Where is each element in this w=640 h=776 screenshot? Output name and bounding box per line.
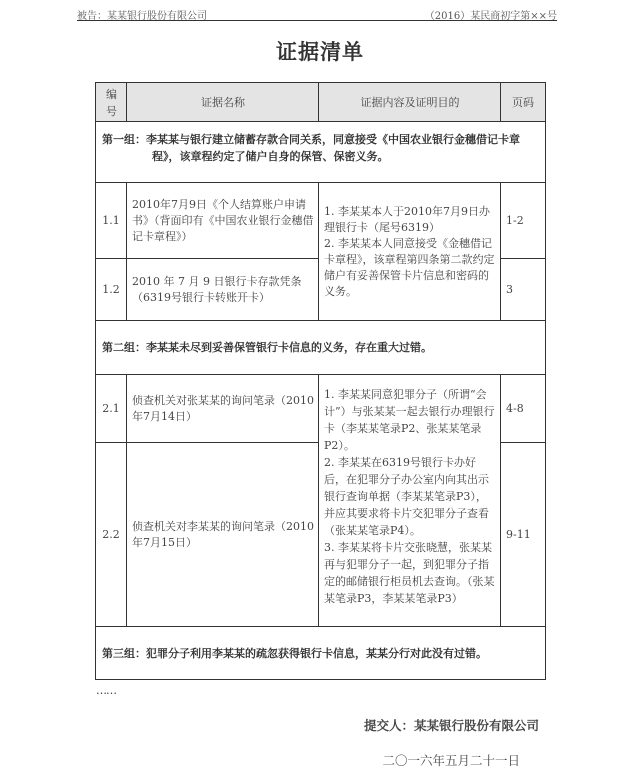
column-header-pages: 页码	[501, 83, 545, 122]
row-1-1-name: 2010年7月9日《个人结算账户申请书》（背面印有《中国农业银行金穗借记卡章程》…	[132, 183, 314, 258]
row-2-1-pages: 4-8	[506, 375, 542, 442]
group-2-label: 第二组：李某某未尽到妥善保管银行卡信息的义务，存在重大过错。	[102, 339, 542, 356]
column-header-number: 编号	[96, 83, 127, 122]
submitter: 提交人：某某银行股份有限公司	[364, 716, 539, 734]
group-3-label: 第三组：犯罪分子利用李某某的疏忽获得银行卡信息，某某分行对此没有过错。	[102, 645, 542, 662]
row-1-1-id: 1.1	[96, 183, 126, 258]
ellipsis: ……	[96, 684, 116, 697]
group-1-label: 第一组：李某某与银行建立储蓄存款合同关系，同意接受《中国农业银行金穗借记卡章程》…	[102, 131, 542, 165]
case-number: （2016）某民商初字第××号	[425, 7, 557, 22]
defendant-label: 被告：某某银行股份有限公司	[77, 7, 207, 22]
row-2-2-name: 侦查机关对李某某的询问笔录（2010年7月15日）	[132, 443, 314, 626]
group-2-content: 1. 李某某同意犯罪分子（所谓“会计”）与张某某一起去银行办理银行卡（李某某笔录…	[324, 386, 496, 621]
row-1-2-id: 1.2	[96, 259, 126, 320]
row-1-2-name: 2010 年 7 月 9 日银行卡存款凭条（6319号银行卡转账开卡）	[132, 259, 314, 320]
row-1-2-pages: 3	[506, 259, 542, 320]
row-1-1-pages: 1-2	[506, 183, 542, 258]
column-header-content: 证据内容及证明目的	[319, 83, 501, 122]
page-title: 证据清单	[0, 36, 640, 66]
row-2-1-id: 2.1	[96, 375, 126, 442]
row-2-2-pages: 9-11	[506, 443, 542, 626]
page-header: 被告：某某银行股份有限公司 （2016）某民商初字第××号	[77, 4, 557, 21]
submission-date: 二〇一六年五月二十一日	[382, 751, 520, 769]
evidence-table: 编号 证据名称 证据内容及证明目的 页码 第一组：李某某与银行建立储蓄存款合同关…	[95, 82, 546, 680]
row-2-2-id: 2.2	[96, 443, 126, 626]
column-header-name: 证据名称	[127, 83, 319, 122]
group-1-content: 1. 李某某本人于2010年7月9日办理银行卡（尾号6319） 2. 李某某本人…	[324, 183, 496, 320]
row-2-1-name: 侦查机关对张某某的询问笔录（2010年7月14日）	[132, 375, 314, 442]
